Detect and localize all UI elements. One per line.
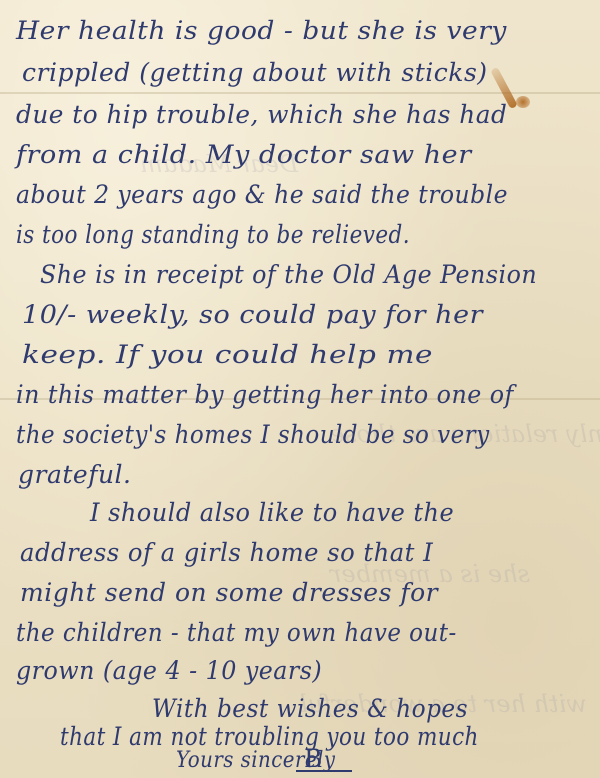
letter-line: 10/- weekly, so could pay for her — [22, 300, 483, 329]
signature-initial: B — [304, 744, 323, 773]
letter-line: that I am not troubling you too much — [60, 722, 479, 751]
letter-line: in this matter by getting her into one o… — [16, 380, 514, 409]
letter-line: address of a girls home so that I — [20, 538, 433, 567]
letter-line: about 2 years ago & he said the trouble — [16, 180, 508, 209]
letter-line: With best wishes & hopes — [152, 694, 468, 723]
letter-line: is too long standing to be relieved. — [16, 220, 410, 249]
signature-underline — [296, 770, 352, 772]
letter-line: grown (age 4 - 10 years) — [16, 656, 322, 685]
rust-stain-drop — [516, 96, 530, 108]
letter-line: the society's homes I should be so very — [16, 420, 490, 449]
letter-line: the children - that my own have out- — [16, 618, 457, 647]
letter-line: She is in receipt of the Old Age Pension — [40, 260, 537, 289]
letter-line: grateful. — [18, 460, 132, 489]
letter-line: crippled (getting about with sticks) — [22, 58, 488, 87]
letter-line: keep. If you could help me — [22, 340, 433, 369]
letter-line: Her health is good - but she is very — [16, 16, 507, 45]
letter-line: might send on some dresses for — [20, 578, 438, 607]
letter-page: Dear Madam that only relations are those… — [0, 0, 600, 778]
letter-line: I should also like to have the — [90, 498, 454, 527]
letter-line: due to hip trouble, which she has had — [16, 100, 507, 129]
letter-line: from a child. My doctor saw her — [16, 140, 472, 169]
